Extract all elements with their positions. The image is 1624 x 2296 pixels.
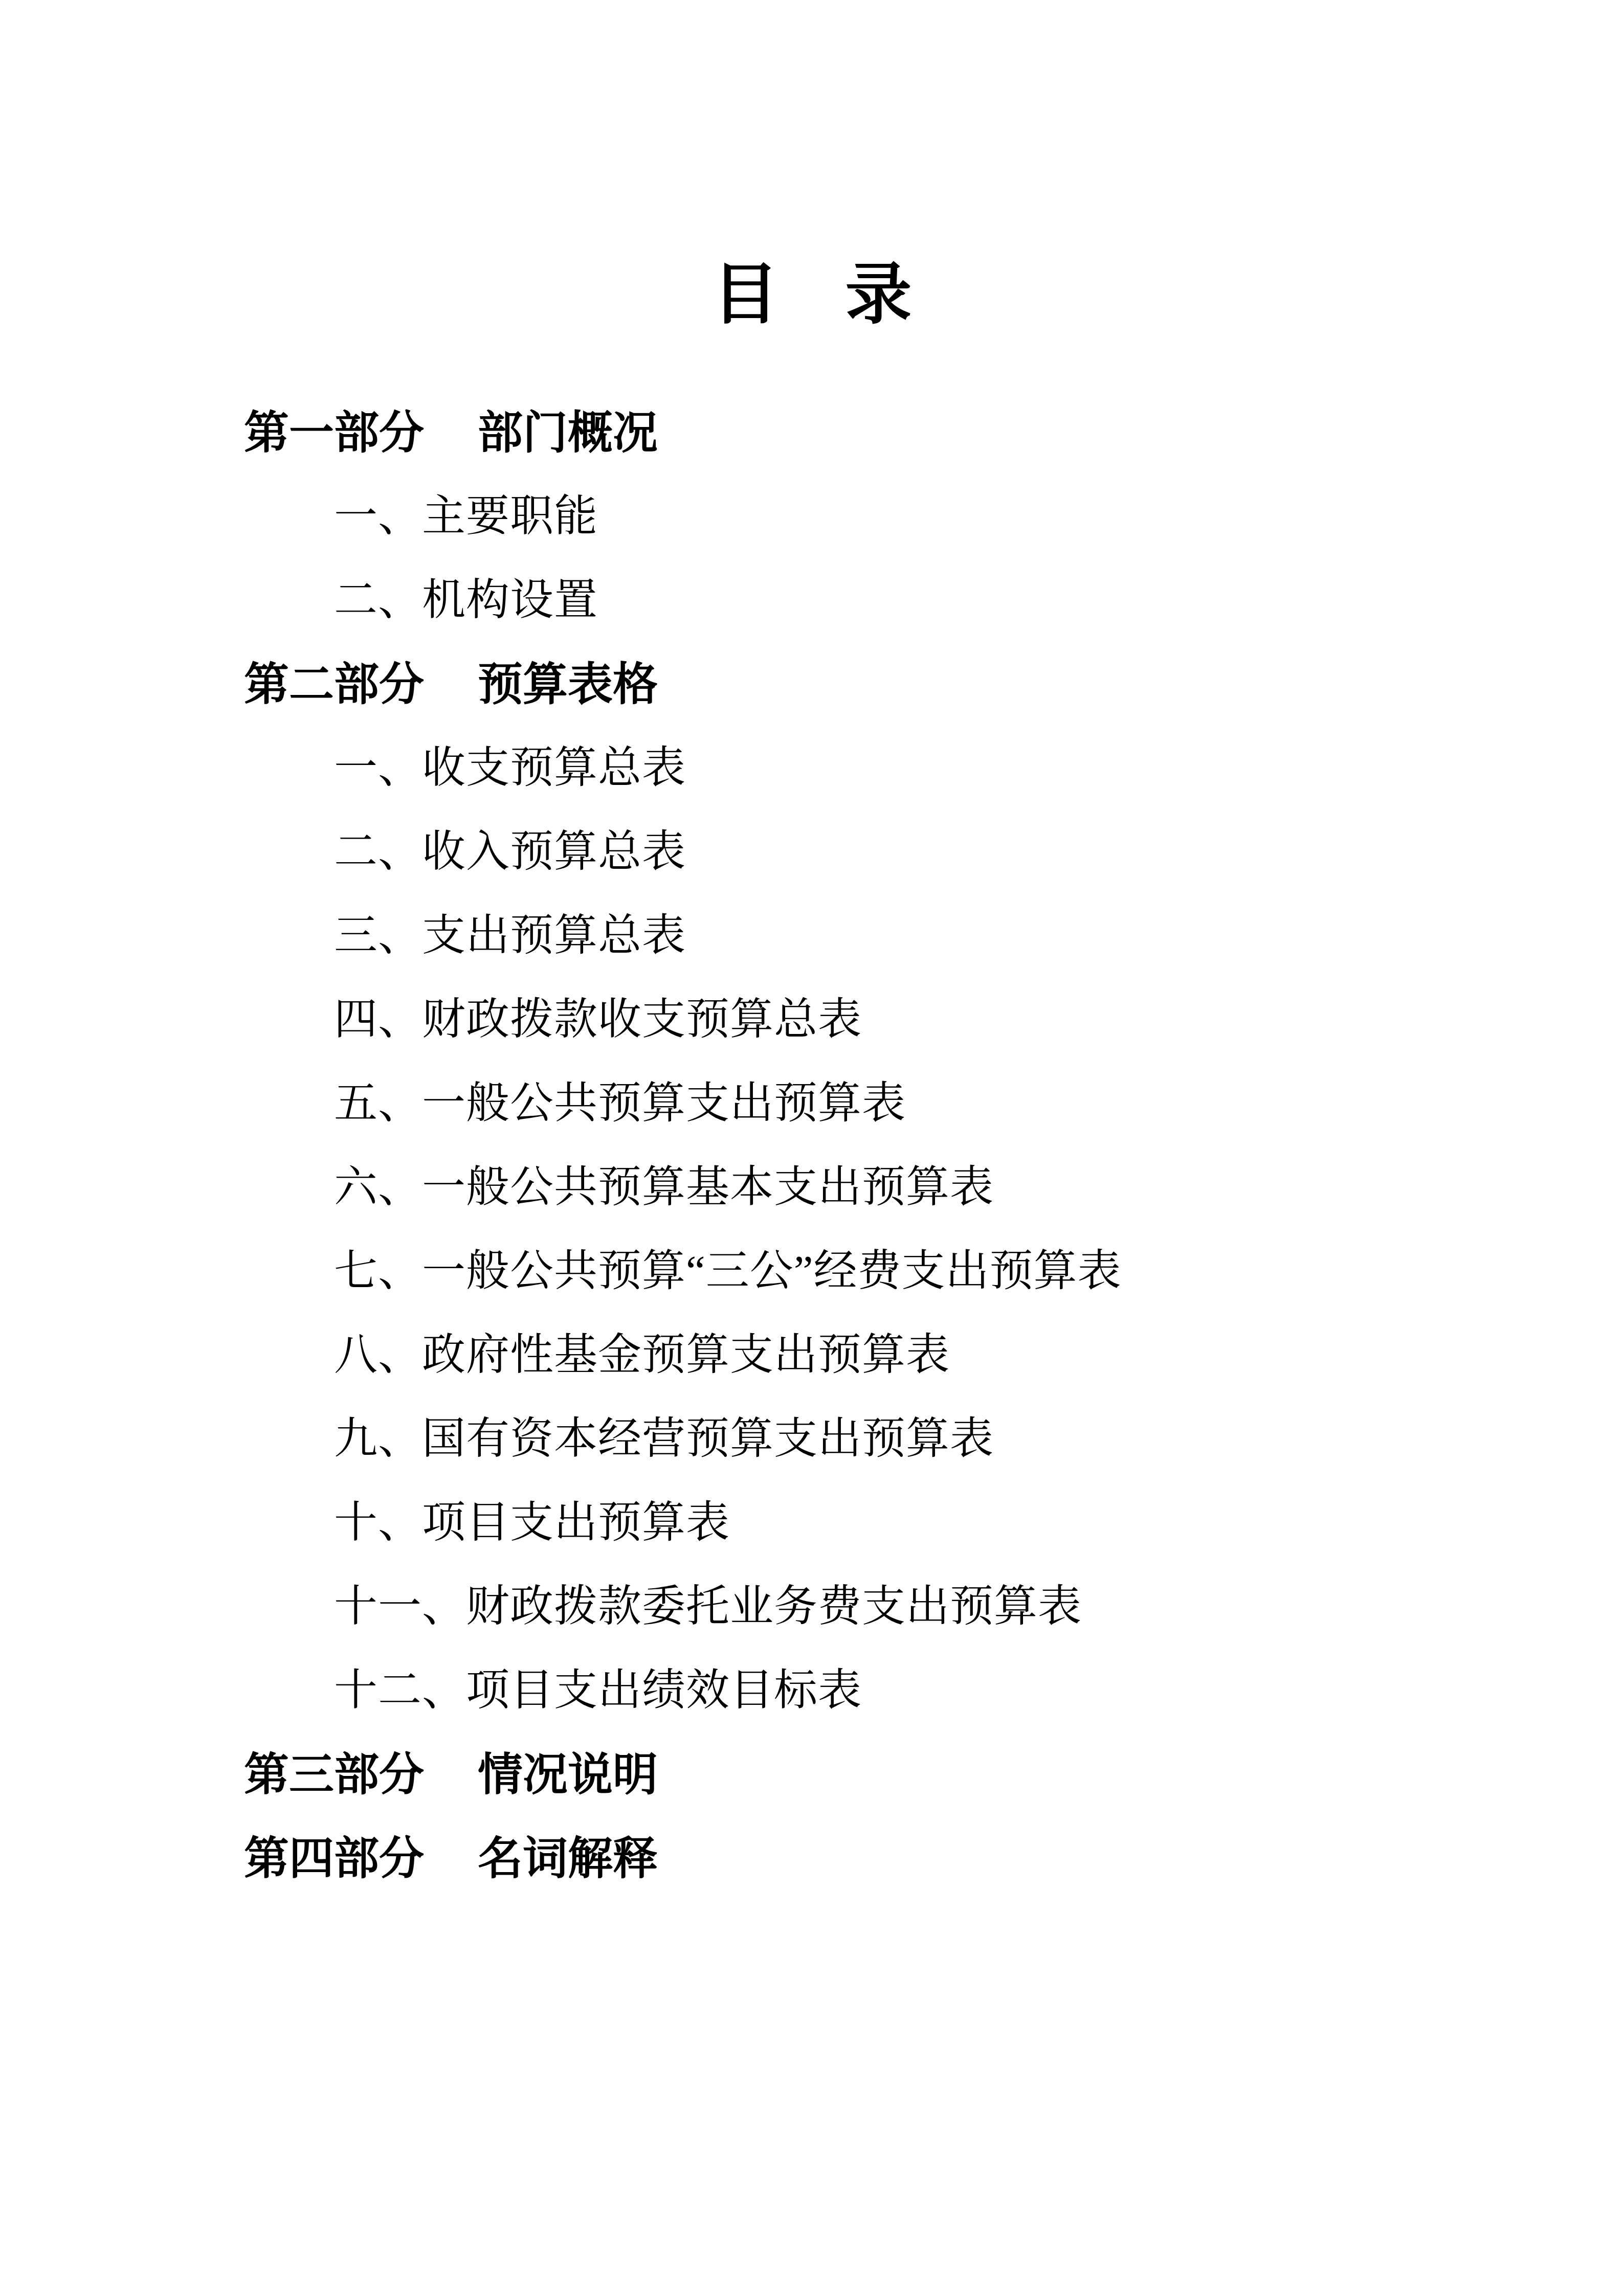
page-title: 目 录 xyxy=(0,0,1624,337)
toc-item: 九、国有资本经营预算支出预算表 xyxy=(244,1397,1624,1481)
toc-item: 八、政府性基金预算支出预算表 xyxy=(244,1313,1624,1397)
toc-item: 二、收入预算总表 xyxy=(244,810,1624,894)
toc-item: 七、一般公共预算“三公”经费支出预算表 xyxy=(244,1229,1624,1313)
toc-item: 一、主要职能 xyxy=(244,475,1624,558)
part-1-title: 部门概况 xyxy=(478,407,658,458)
toc-item: 十一、财政拨款委托业务费支出预算表 xyxy=(244,1565,1624,1649)
toc-item: 五、一般公共预算支出预算表 xyxy=(244,1062,1624,1145)
part-heading-1: 第一部分部门概况 xyxy=(244,391,1624,475)
toc-item: 四、财政拨款收支预算总表 xyxy=(244,978,1624,1062)
toc-item: 十二、项目支出绩效目标表 xyxy=(244,1649,1624,1732)
part-1-label: 第一部分 xyxy=(244,407,424,458)
toc-item: 一、收支预算总表 xyxy=(244,726,1624,810)
part-2-label: 第二部分 xyxy=(244,659,424,709)
part-3-title: 情况说明 xyxy=(478,1749,658,1799)
part-heading-4: 第四部分名词解释 xyxy=(244,1816,1624,1900)
toc-item: 六、一般公共预算基本支出预算表 xyxy=(244,1145,1624,1229)
part-heading-3: 第三部分情况说明 xyxy=(244,1732,1624,1816)
toc-item: 三、支出预算总表 xyxy=(244,894,1624,978)
part-4-title: 名词解释 xyxy=(478,1833,658,1883)
toc-item: 二、机构设置 xyxy=(244,558,1624,642)
toc-item: 十、项目支出预算表 xyxy=(244,1481,1624,1565)
part-3-label: 第三部分 xyxy=(244,1749,424,1799)
part-4-label: 第四部分 xyxy=(244,1833,424,1883)
part-heading-2: 第二部分预算表格 xyxy=(244,642,1624,726)
part-2-title: 预算表格 xyxy=(478,659,658,709)
table-of-contents: 第一部分部门概况 一、主要职能 二、机构设置 第二部分预算表格 一、收支预算总表… xyxy=(244,391,1624,1900)
document-page: 目 录 第一部分部门概况 一、主要职能 二、机构设置 第二部分预算表格 一、收支… xyxy=(0,0,1624,2296)
